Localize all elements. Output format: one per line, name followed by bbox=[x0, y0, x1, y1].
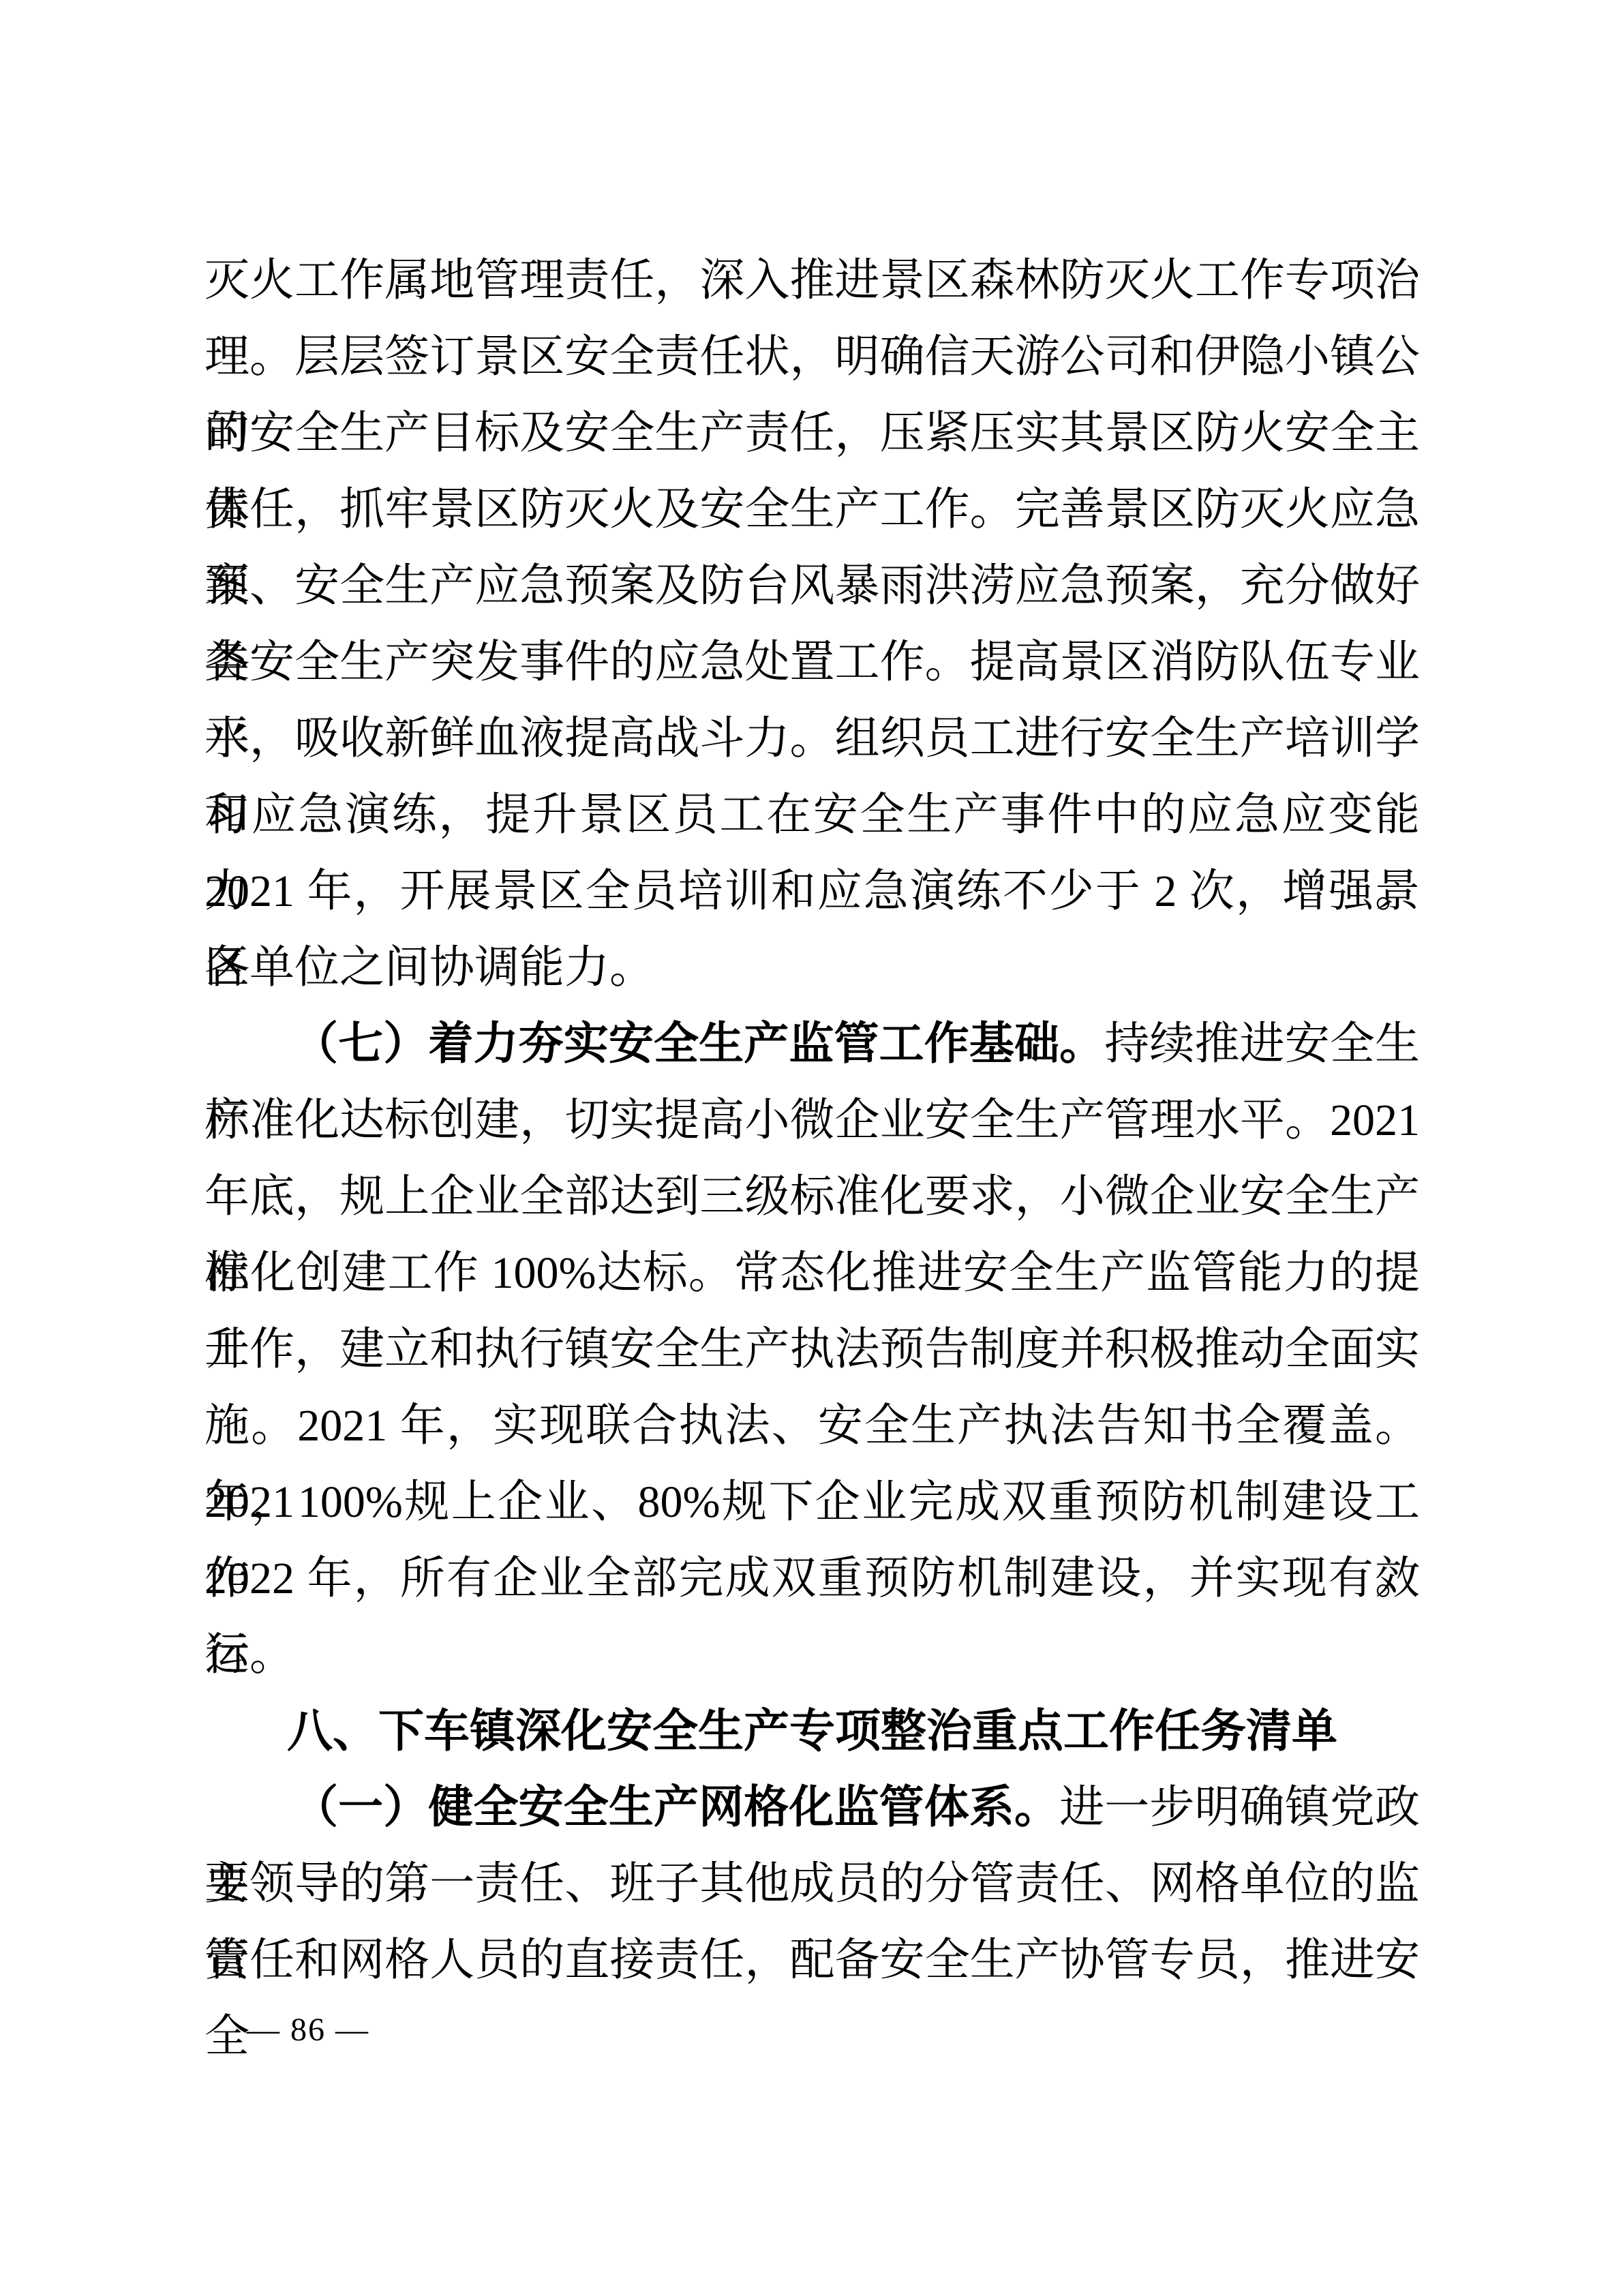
text-segment: （七）着力夯实安全生产监管工作基础。 bbox=[293, 1019, 1104, 1069]
text-line: 灭火工作属地管理责任，深入推进景区森林防灭火工作专项治 bbox=[204, 243, 1420, 319]
text-line: 年底，规上企业全部达到三级标准化要求，小微企业安全生产标 bbox=[204, 1159, 1420, 1235]
document-page: 灭火工作属地管理责任，深入推进景区森林防灭火工作专项治理。层层签订景区安全责任状… bbox=[0, 0, 1623, 2296]
text-line: 2021 年，开展景区全员培训和应急演练不少于 2 次，增强景区 bbox=[204, 854, 1420, 930]
text-line: 2022 年，所有企业全部完成双重预防机制建设，并实现有效运 bbox=[204, 1541, 1420, 1617]
section-heading: 八、下车镇深化安全生产专项整治重点工作任务清单 bbox=[204, 1693, 1420, 1770]
text-line: 要领导的第一责任、班子其他成员的分管责任、网格单位的监管 bbox=[204, 1846, 1420, 1922]
text-line: 工作，建立和执行镇安全生产执法预告制度并积极推动全面实 bbox=[204, 1312, 1420, 1388]
text-line: 责任，抓牢景区防灭火及安全生产工作。完善景区防灭火应急预 bbox=[204, 472, 1420, 548]
text-line: 的安全生产目标及安全生产责任，压紧压实其景区防火安全主体 bbox=[204, 395, 1420, 472]
text-line: 和应急演练，提升景区员工在安全生产事件中的应急应变能力。 bbox=[204, 777, 1420, 854]
text-line: 准化创建工作 100%达标。常态化推进安全生产监管能力的提升 bbox=[204, 1235, 1420, 1312]
text-line: 责任和网格人员的直接责任，配备安全生产协管专员，推进安全 bbox=[204, 1922, 1420, 1999]
text-line: （一）健全安全生产网格化监管体系。进一步明确镇党政主 bbox=[204, 1770, 1420, 1846]
page-number: — 86 — bbox=[247, 2008, 369, 2052]
text-block: 灭火工作属地管理责任，深入推进景区森林防灭火工作专项治理。层层签订景区安全责任状… bbox=[204, 243, 1420, 1999]
text-line: 理。层层签订景区安全责任状，明确信天游公司和伊隐小镇公司 bbox=[204, 319, 1420, 395]
text-line: 案、安全生产应急预案及防台风暴雨洪涝应急预案，充分做好各 bbox=[204, 548, 1420, 624]
text-segment: 行。 bbox=[204, 1630, 294, 1680]
text-line: 行。 bbox=[204, 1617, 1420, 1693]
text-line: 年，100%规上企业、80%规下企业完成双重预防机制建设工作。 bbox=[204, 1464, 1420, 1541]
text-segment: 八、下车镇深化安全生产专项整治重点工作任务清单 bbox=[287, 1706, 1337, 1757]
text-line: 施。2021 年，实现联合执法、安全生产执法告知书全覆盖。2021 bbox=[204, 1388, 1420, 1464]
text-line: 各单位之间协调能力。 bbox=[204, 930, 1420, 1006]
text-segment: （一）健全安全生产网格化监管体系。 bbox=[293, 1783, 1059, 1832]
text-segment: 工作，建立和执行镇安全生产执法预告制度并积极推动全面实 bbox=[204, 1325, 1420, 1374]
text-line: （七）着力夯实安全生产监管工作基础。持续推进安全生产 bbox=[204, 1006, 1420, 1083]
text-segment: 标准化达标创建，切实提高小微企业安全生产管理水平。2021 bbox=[204, 1096, 1420, 1145]
text-segment: 责任和网格人员的直接责任，配备安全生产协管专员，推进安全 bbox=[204, 1935, 1420, 2061]
text-line: 平，吸收新鲜血液提高战斗力。组织员工进行安全生产培训学习 bbox=[204, 701, 1420, 777]
text-line: 标准化达标创建，切实提高小微企业安全生产管理水平。2021 bbox=[204, 1083, 1420, 1159]
text-segment: 灭火工作属地管理责任，深入推进景区森林防灭火工作专项治 bbox=[204, 256, 1420, 305]
text-line: 类安全生产突发事件的应急处置工作。提高景区消防队伍专业水 bbox=[204, 624, 1420, 701]
text-segment: 各单位之间协调能力。 bbox=[204, 943, 654, 993]
